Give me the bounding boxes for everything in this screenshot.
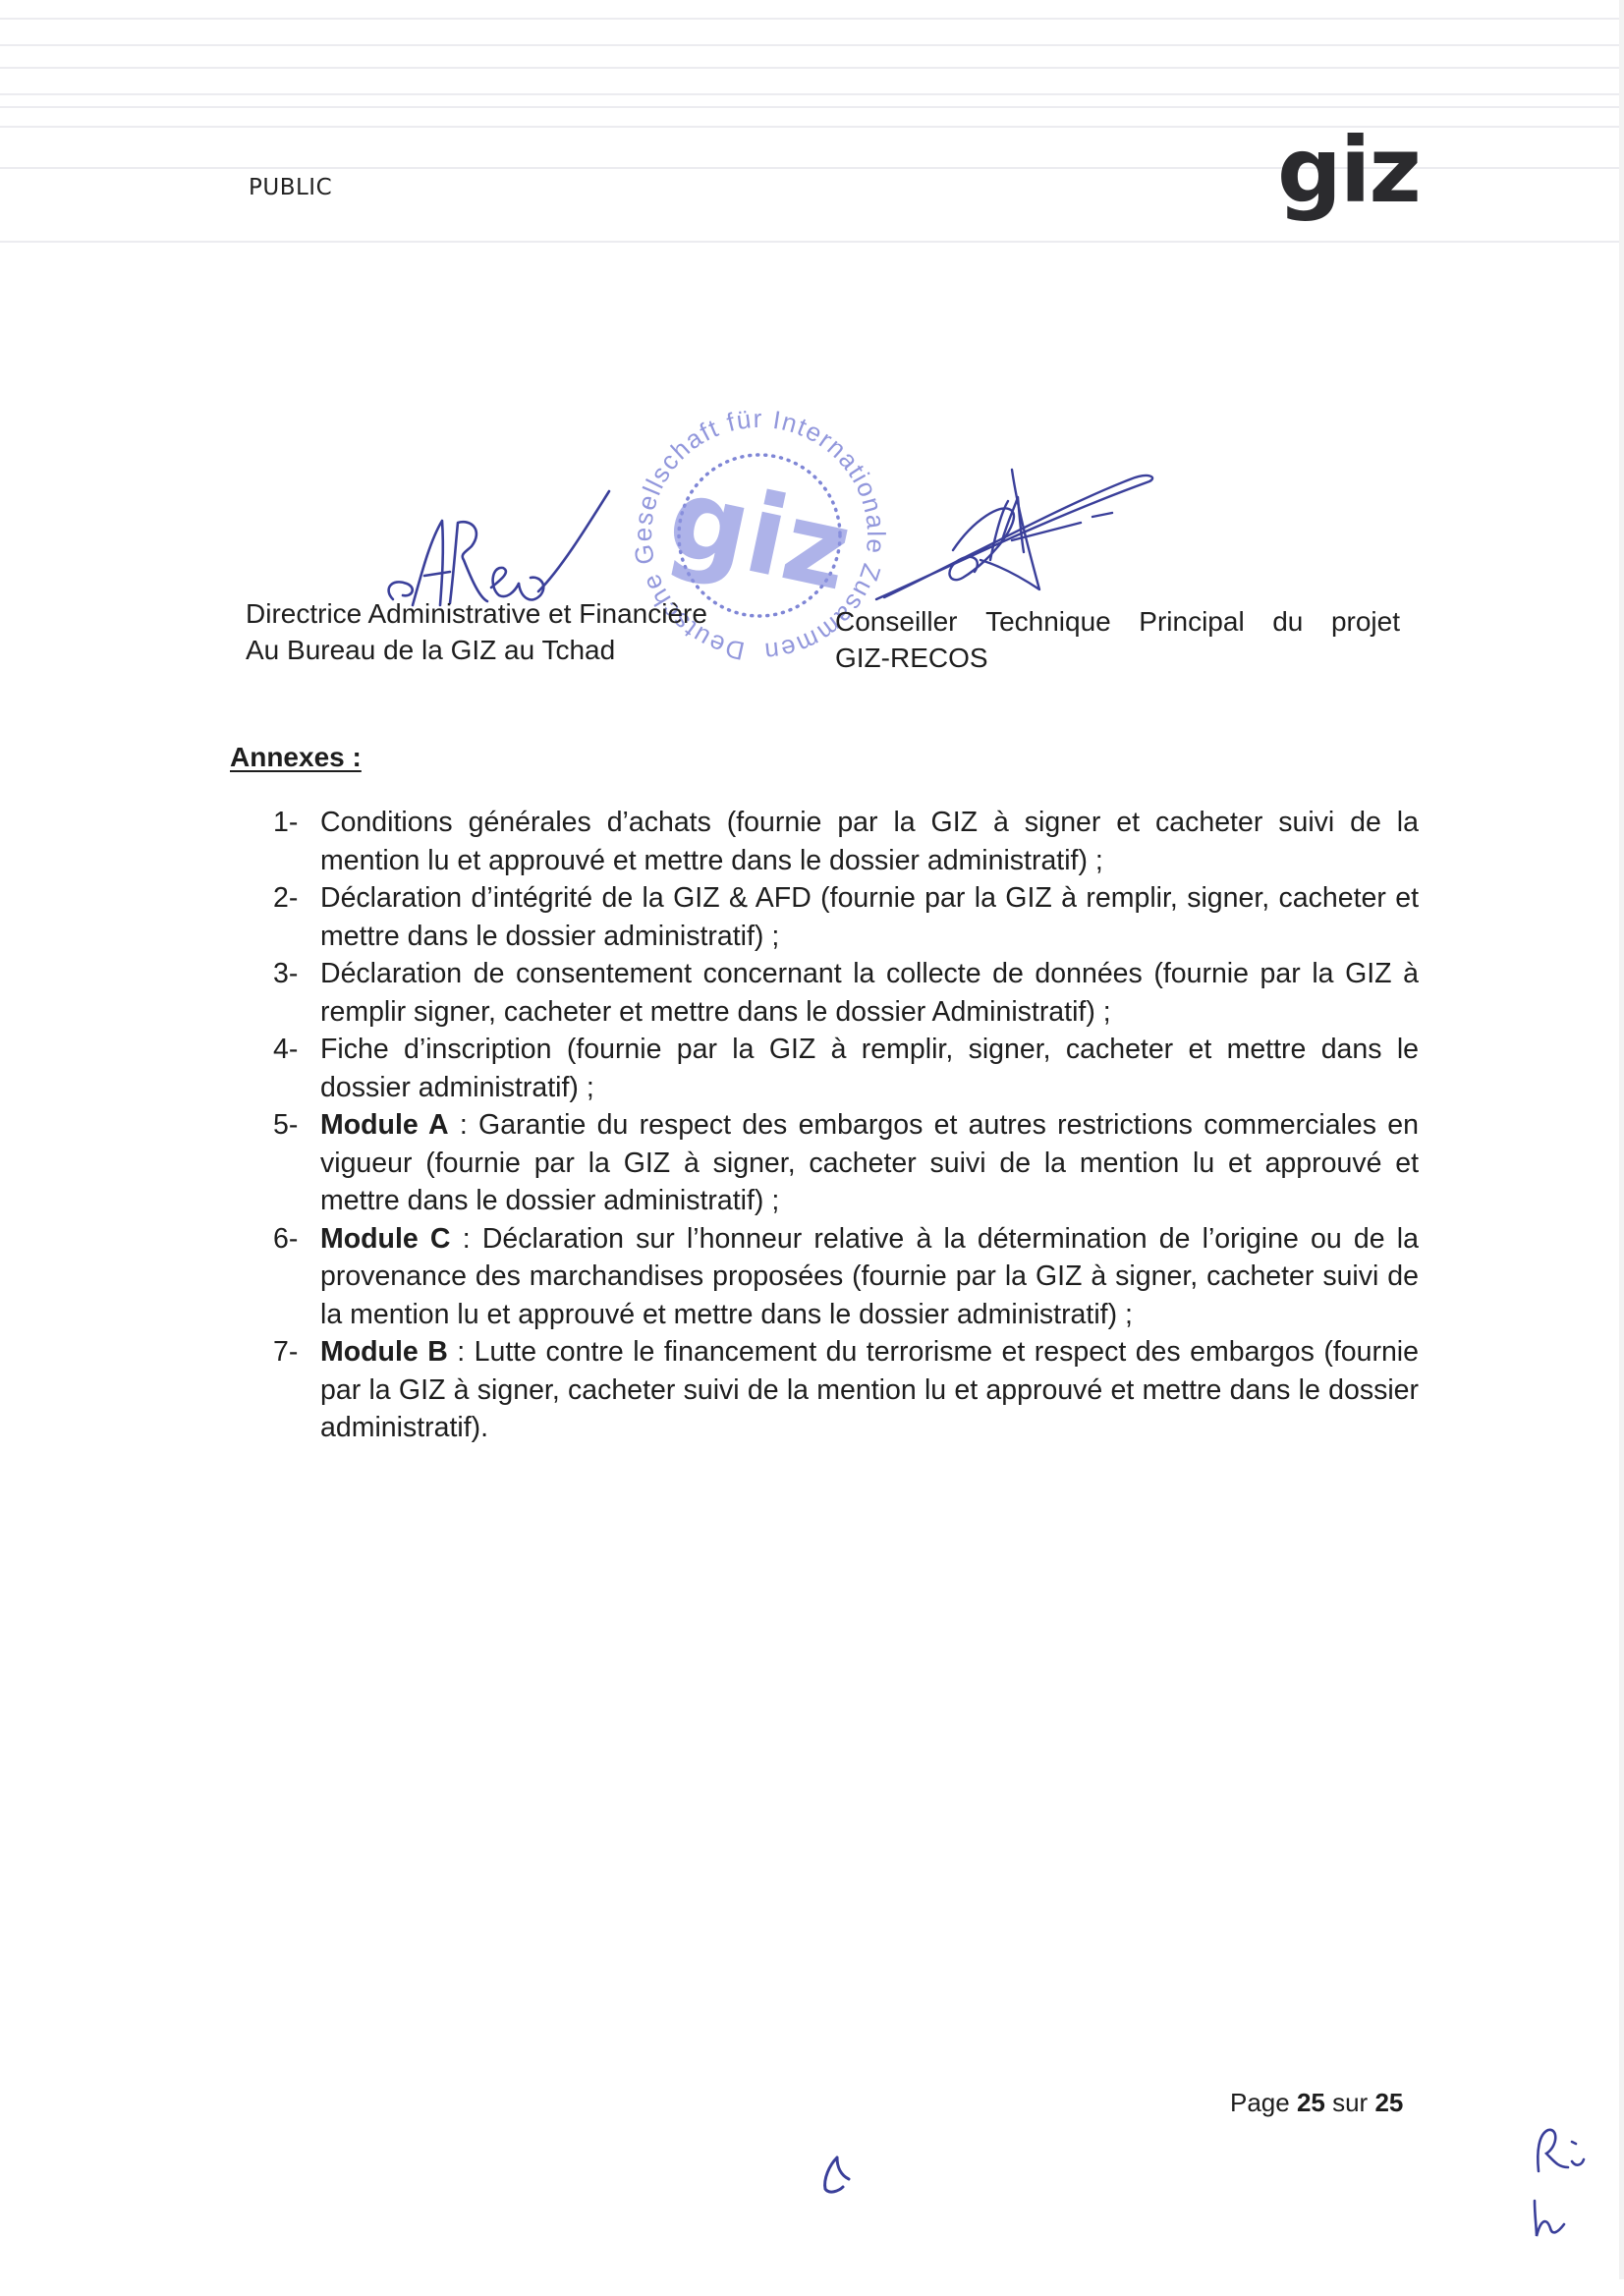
annex-item: 3-Déclaration de consentement concernant… <box>273 955 1419 1031</box>
annex-number: 5- <box>273 1106 320 1220</box>
annex-description: Conditions générales d’achats (fournie p… <box>320 807 1419 876</box>
annex-text: Déclaration de consentement concernant l… <box>320 955 1419 1031</box>
annex-description: : Lutte contre le financement du terrori… <box>320 1336 1419 1443</box>
page-number: Page 25 sur 25 <box>1230 2088 1403 2118</box>
signatory-left-role: Directrice Administrative et Financière <box>246 595 707 632</box>
word: Conseiller <box>835 603 958 640</box>
signatory-left-office: Au Bureau de la GIZ au Tchad <box>246 632 707 668</box>
page-total: 25 <box>1374 2088 1403 2117</box>
annex-text: Fiche d’inscription (fournie par la GIZ … <box>320 1031 1419 1106</box>
annex-module-label: Module A <box>320 1109 449 1141</box>
signatory-left-title: Directrice Administrative et Financière … <box>246 595 707 668</box>
annex-description: : Déclaration sur l’honneur relative à l… <box>320 1223 1419 1330</box>
annex-description: Déclaration de consentement concernant l… <box>320 958 1419 1028</box>
annexes-heading: Annexes : <box>230 742 362 773</box>
scan-artifact-line <box>0 18 1624 20</box>
signature-right-icon <box>865 462 1159 609</box>
initial-center-icon <box>815 2152 855 2201</box>
page-separator: sur <box>1325 2088 1375 2117</box>
annex-item: 1-Conditions générales d’achats (fournie… <box>273 804 1419 879</box>
stamp-logo: giz <box>658 453 862 615</box>
page-current: 25 <box>1297 2088 1325 2117</box>
annex-number: 7- <box>273 1333 320 1447</box>
annex-item: 2-Déclaration d’intégrité de la GIZ & AF… <box>273 879 1419 955</box>
scan-artifact-line <box>0 106 1624 108</box>
annex-module-label: Module C <box>320 1223 451 1255</box>
annex-description: Déclaration d’intégrité de la GIZ & AFD … <box>320 882 1419 952</box>
classification-label: PUBLIC <box>249 175 332 200</box>
annex-text: Conditions générales d’achats (fournie p… <box>320 804 1419 879</box>
annexes-list: 1-Conditions générales d’achats (fournie… <box>273 804 1419 1447</box>
initials-right-icon <box>1529 2122 1597 2250</box>
annex-text: Module B : Lutte contre le financement d… <box>320 1333 1419 1447</box>
scan-artifact-line <box>0 67 1624 69</box>
annex-description: : Garantie du respect des embargos et au… <box>320 1109 1419 1216</box>
annex-text: Module A : Garantie du respect des embar… <box>320 1106 1419 1220</box>
annex-text: Module C : Déclaration sur l’honneur rel… <box>320 1220 1419 1334</box>
annex-text: Déclaration d’intégrité de la GIZ & AFD … <box>320 879 1419 955</box>
word: Technique <box>985 603 1111 640</box>
signatory-right-role: Conseiller Technique Principal du projet <box>835 603 1400 640</box>
signatory-right-project: GIZ-RECOS <box>835 640 1400 676</box>
annex-item: 5-Module A : Garantie du respect des emb… <box>273 1106 1419 1220</box>
annex-description: Fiche d’inscription (fournie par la GIZ … <box>320 1034 1419 1103</box>
annex-number: 6- <box>273 1220 320 1334</box>
annex-number: 2- <box>273 879 320 955</box>
scan-page-edge <box>1619 0 1624 2279</box>
word: projet <box>1331 603 1400 640</box>
annex-number: 4- <box>273 1031 320 1106</box>
annex-number: 1- <box>273 804 320 879</box>
annex-module-label: Module B <box>320 1336 448 1368</box>
annex-item: 7-Module B : Lutte contre le financement… <box>273 1333 1419 1447</box>
word: du <box>1272 603 1303 640</box>
scan-artifact-line <box>0 44 1624 46</box>
signatory-right-title: Conseiller Technique Principal du projet… <box>835 603 1400 676</box>
scan-artifact-line <box>0 93 1624 95</box>
page-prefix: Page <box>1230 2088 1297 2117</box>
annex-item: 6-Module C : Déclaration sur l’honneur r… <box>273 1220 1419 1334</box>
giz-logo: giz <box>1277 126 1420 216</box>
annex-number: 3- <box>273 955 320 1031</box>
annex-item: 4-Fiche d’inscription (fournie par la GI… <box>273 1031 1419 1106</box>
word: Principal <box>1139 603 1244 640</box>
scan-artifact-line <box>0 241 1624 243</box>
